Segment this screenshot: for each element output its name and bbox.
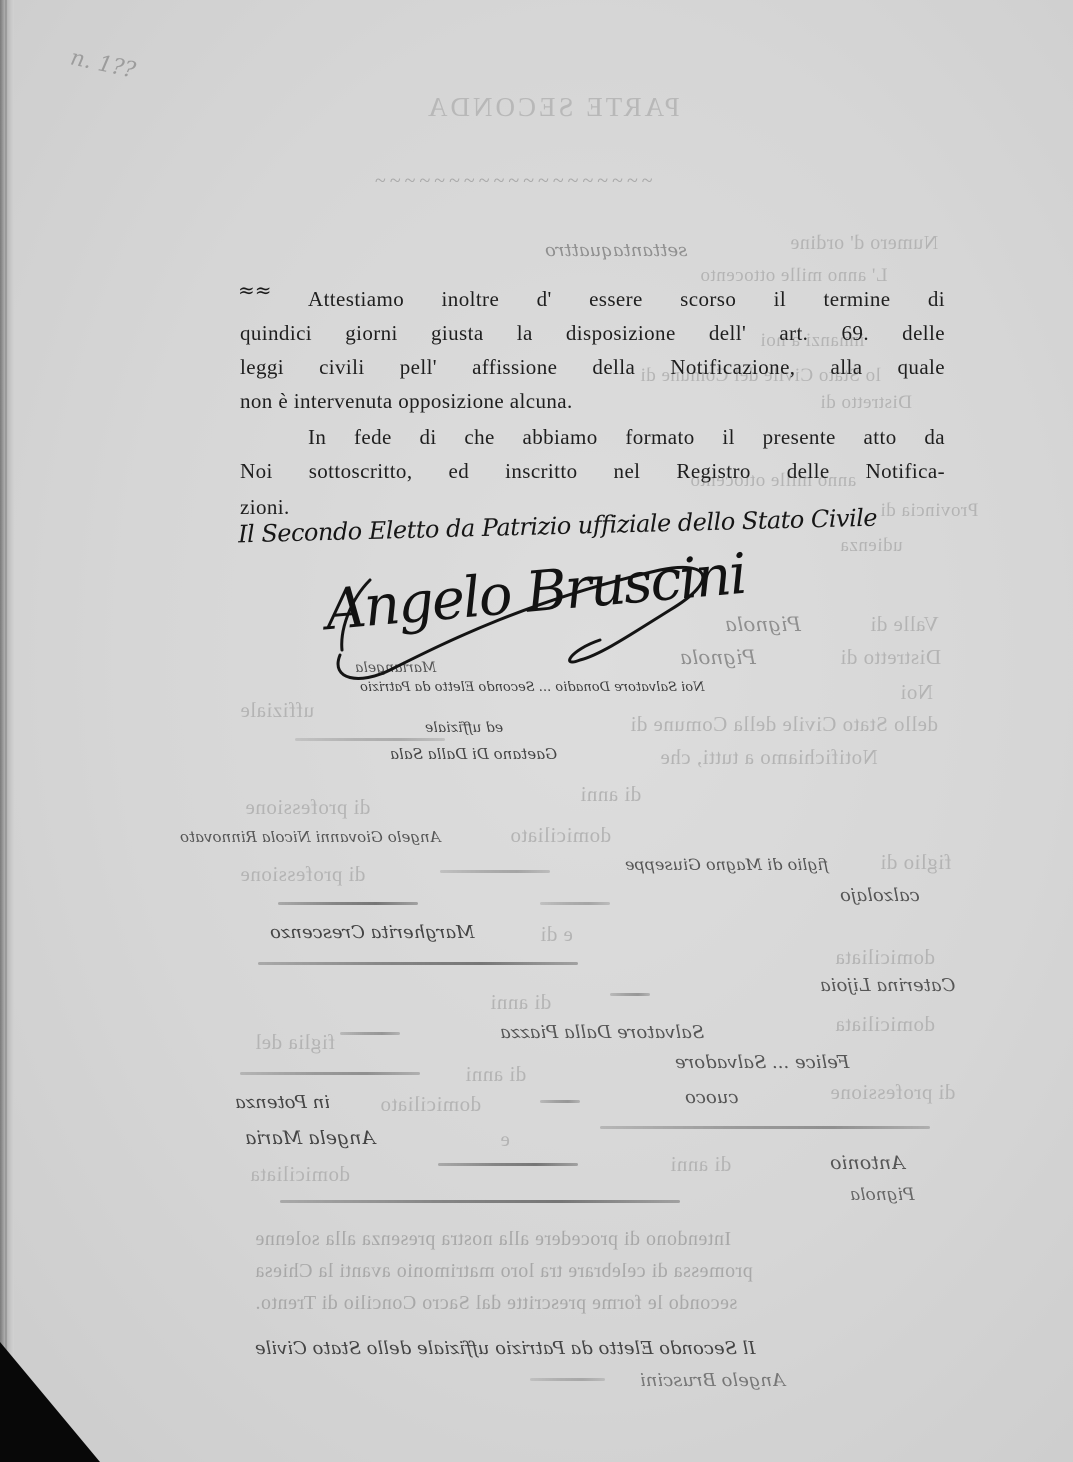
scan-corner-shadow bbox=[0, 1342, 100, 1462]
bleed-field-rule bbox=[438, 1163, 578, 1166]
bleed-field-rule bbox=[440, 870, 550, 873]
bleed-closing-line: Intendono di procedere alla nostra prese… bbox=[255, 1228, 731, 1251]
bleed-hand-entry: in Potenza bbox=[235, 1092, 330, 1113]
printed-line: leggi civili pell' affissione della Noti… bbox=[240, 350, 945, 384]
bleed-field-rule bbox=[530, 1378, 605, 1381]
bleed-line: uffiziale bbox=[240, 698, 314, 723]
bleed-hand-entry: Pignola bbox=[850, 1185, 915, 1205]
bleed-hand-entry: Antonio bbox=[830, 1152, 905, 1174]
pencil-margin-note: n. 1?? bbox=[68, 45, 138, 83]
bleed-field: domiciliata bbox=[835, 1012, 935, 1037]
bleed-line: Notifichiamo a tutti, che bbox=[660, 745, 878, 770]
bleed-decorative-rule: ~~~~~~~~~~~~~~~~~~~ bbox=[375, 170, 657, 193]
bleed-field: di anni bbox=[465, 1062, 526, 1087]
bleed-field-rule bbox=[258, 962, 578, 965]
bleed-line: udienza bbox=[840, 535, 903, 557]
scanned-document-page: n. 1?? PARTE SECONDA ~~~~~~~~~~~~~~~~~~~… bbox=[0, 0, 1073, 1462]
bleed-field: e di bbox=[540, 922, 573, 947]
printed-line: quindici giorni giusta la disposizione d… bbox=[240, 316, 945, 350]
bleed-hand-entry: Caterina Lijoia bbox=[820, 975, 955, 996]
bleed-hand-entry: Salvatore Dalla Piazza bbox=[500, 1022, 704, 1043]
bleed-field-rule bbox=[340, 1032, 400, 1035]
bleed-field: e bbox=[500, 1127, 510, 1152]
bleed-field-rule bbox=[610, 993, 650, 996]
bleed-field-rule bbox=[278, 902, 418, 905]
bleed-line: Distretto di bbox=[840, 645, 941, 670]
bleed-hand-entry: Angelo Giovanni Nicola Rinnovato bbox=[180, 828, 440, 846]
bleed-field-rule bbox=[540, 1100, 580, 1103]
bleed-hand-entry: ed uffiziale bbox=[425, 720, 503, 736]
printed-line: Noi sottoscritto, ed inscritto nel Regis… bbox=[240, 454, 945, 488]
bleed-field: di professione bbox=[830, 1080, 955, 1105]
bleed-ordinal-hand: settantaquattro bbox=[545, 240, 687, 261]
bleed-hand-entry: figlio di Magno Giuseppe bbox=[625, 855, 828, 874]
bleed-field: di professione bbox=[245, 795, 370, 820]
bleed-hand-entry: Angela Maria bbox=[245, 1127, 375, 1149]
binding-edge bbox=[0, 0, 14, 1462]
bleed-hand-entry: calzolajo bbox=[840, 885, 920, 906]
bleed-hand-entry: Gaetano Di Dalla Sala bbox=[390, 745, 557, 763]
bleed-field: di anni bbox=[490, 990, 551, 1015]
bleed-field: di anni bbox=[580, 782, 641, 807]
bleed-hand-entry: Felice ... Salvadore bbox=[675, 1052, 849, 1073]
bleed-field-rule bbox=[240, 1072, 420, 1075]
bleed-field: domiciliata bbox=[250, 1162, 350, 1187]
bleed-ordinal-label: Numero d' ordine bbox=[790, 232, 938, 255]
bleed-field: figlio di bbox=[880, 850, 952, 875]
bleed-hand-entry: Margherita Crescenzo bbox=[270, 922, 475, 943]
printed-line: non è intervenuta opposizione alcuna. bbox=[240, 384, 945, 418]
bleed-field-rule bbox=[280, 1200, 680, 1203]
bleed-hand-entry: cuoco bbox=[685, 1087, 738, 1108]
bleed-field: domiciliata bbox=[835, 945, 935, 970]
printed-line: Attestiamo inoltre d' essere scorso il t… bbox=[240, 282, 945, 316]
bleed-field-rule bbox=[540, 902, 610, 905]
bleed-field: domiciliato bbox=[380, 1092, 481, 1117]
bleed-field: figlia del bbox=[255, 1030, 335, 1055]
bleed-closing-line: promessa di celebrare tra loro matrimoni… bbox=[255, 1260, 753, 1283]
bleed-line: dello Stato Civile della Comune di bbox=[630, 712, 938, 737]
bleed-heading: PARTE SECONDA bbox=[425, 92, 680, 123]
bleed-field: di professione bbox=[240, 862, 365, 887]
bleed-field: domiciliato bbox=[510, 823, 611, 848]
bleed-hand-entry: Il Secondo Eletto da Patrizio uffiziale … bbox=[255, 1338, 756, 1359]
bleed-closing-line: secondo le forme prescritte dal Sacro Co… bbox=[255, 1292, 737, 1315]
bleed-line: Noi bbox=[900, 680, 933, 705]
bleed-field: di anni bbox=[670, 1152, 731, 1177]
bleed-field-rule bbox=[295, 738, 445, 741]
bleed-line: Valle di bbox=[870, 612, 939, 637]
bleed-hand-entry: Pignola bbox=[725, 612, 801, 636]
printed-line: In fede di che abbiamo formato il presen… bbox=[240, 420, 945, 454]
bleed-field-rule bbox=[600, 1126, 930, 1129]
bleed-hand-entry: Angelo Bruscini bbox=[640, 1370, 785, 1391]
